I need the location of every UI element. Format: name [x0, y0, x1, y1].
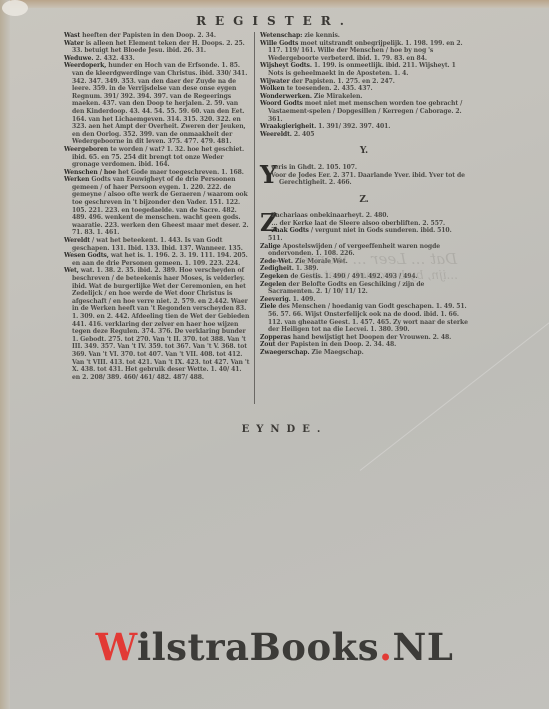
register-entry: Voor de Jodes Eer. 2. 371. Daarlande Yve…: [260, 172, 468, 187]
entry-headword: Wonderwerken.: [260, 93, 312, 100]
entry-headword: Weereldt.: [260, 131, 292, 138]
entry-references: Zie Mirakelen.: [314, 93, 362, 100]
z-entries: Zachariaas onbekinaarheyt. 2. 480. ... d…: [260, 212, 468, 356]
entry-headword: Wolken: [260, 85, 285, 92]
entry-references: der Papisten in den Doop. 2. 34. 48.: [277, 341, 396, 348]
page-header: REGISTER.: [0, 14, 549, 28]
entry-references: 2. 405: [294, 131, 315, 138]
register-entry: ... der Kerke laat de Sleere alsoo oberb…: [260, 220, 468, 228]
register-entry: Wast heeften der Papisten in den Doop. 2…: [64, 32, 250, 40]
right-column: Wetenschap: zie kennis.Wille Godts moet …: [260, 32, 468, 357]
entry-headword: Wraakgierigheit.: [260, 123, 316, 130]
left-column: Wast heeften der Papisten in den Doop. 2…: [64, 32, 250, 381]
page-footer-eynde: EYNDE.: [0, 424, 549, 435]
register-entry: Wolken te toesenden. 2. 435. 437.: [260, 85, 468, 93]
entry-headword: Weduwe.: [64, 55, 93, 62]
bleed-through-text: ...ijn, by berouwt, met de ...: [290, 268, 458, 282]
register-entry: veris in Ghdt. 2. 105. 107.: [260, 164, 468, 172]
register-columns: Wast heeften der Papisten in den Doop. 2…: [64, 32, 468, 408]
watermark-name: ilstraBooks: [137, 625, 379, 669]
watermark-logo: WilstraBooks.NL: [0, 625, 549, 669]
register-entry: Zopperas hand bewijstigt het Doopen der …: [260, 334, 468, 342]
register-entry: Wille Godts moet uitstrandt onbegrijpeli…: [260, 40, 468, 63]
register-entry: Water is alleen het Element teken der H.…: [64, 40, 250, 55]
register-entry: Woord Godts moet niet met menschen worde…: [260, 100, 468, 123]
register-entry: Wonderwerken. Zie Mirakelen.: [260, 93, 468, 101]
entry-headword: Zegelen: [260, 281, 286, 288]
entry-references: Voor de Jodes Eer. 2. 371. Daarlande Yve…: [271, 172, 465, 187]
register-entry: Weereldt. 2. 405: [260, 131, 468, 139]
entry-headword: Wijwater: [260, 78, 290, 85]
register-entry: Werken Godts van Eeuwigheyt of de drie P…: [64, 176, 250, 237]
entry-headword: Wille Godts: [260, 40, 298, 47]
section-z: Z Zachariaas onbekinaarheyt. 2. 480. ...…: [260, 212, 468, 356]
entry-headword: Wenschen / hoe: [64, 169, 116, 176]
entry-headword: Wereldt: [64, 237, 90, 244]
entry-references: 2. 432. 433.: [96, 55, 135, 62]
entry-headword: Weergeboren: [64, 146, 108, 153]
entry-references: der Belofte Godts en Geschiking / zijn d…: [268, 281, 424, 296]
entry-headword: Wetenschap:: [260, 32, 302, 39]
page-top-edge: [0, 0, 549, 8]
register-entry: Wetenschap: zie kennis.: [260, 32, 468, 40]
watermark-initial: W: [96, 625, 137, 669]
register-entry: Wijwater der Papisten. 1. 275. en 2. 247…: [260, 78, 468, 86]
entry-headword: Wijsheyt Godts.: [260, 62, 312, 69]
entry-references: het Gode maer toegeschreven. 1. 168.: [118, 169, 244, 176]
entry-references: Zie Maegschap.: [312, 349, 364, 356]
register-entry: Wraakgierigheit. 1. 391/ 392. 397. 401.: [260, 123, 468, 131]
page-left-edge: [0, 0, 10, 709]
register-entry: Wijsheyt Godts. 1. 199. is onmeetlijk. i…: [260, 62, 468, 77]
entry-references: wat. 1. 38. 2. 35. ibid. 2. 389. Hoe ver…: [72, 267, 249, 380]
register-entry: Zachariaas onbekinaarheyt. 2. 480.: [260, 212, 468, 220]
entry-references: heeften der Papisten in den Doop. 2. 34.: [82, 32, 216, 39]
entry-references: 1. 409.: [293, 296, 316, 303]
entry-headword: Wesen Godts,: [64, 252, 109, 259]
w-entries: Wetenschap: zie kennis.Wille Godts moet …: [260, 32, 468, 138]
entry-headword: Zwaegerschap.: [260, 349, 309, 356]
watermark-dot: .: [379, 625, 392, 669]
register-entry: Zeeverig. 1. 409.: [260, 296, 468, 304]
entry-references: moet uitstrandt onbegrijpelijk. 1. 198. …: [268, 40, 463, 62]
entry-references: ... der Kerke laat de Sleere alsoo oberb…: [271, 220, 445, 227]
entry-headword: Water: [64, 40, 84, 47]
register-entry: Weerdoperk, hunder en Hoch van de Erfson…: [64, 62, 250, 146]
register-entry: Wet, wat. 1. 38. 2. 35. ibid. 2. 389. Ho…: [64, 267, 250, 381]
entry-headword: Zede-Wet.: [260, 258, 293, 265]
entry-headword: Zeeverig.: [260, 296, 291, 303]
entry-headword: Weerdoperk,: [64, 62, 106, 69]
entry-references: te toesenden. 2. 435. 437.: [287, 85, 373, 92]
entry-headword: Zegeken: [260, 273, 288, 280]
register-entry: Zegelen der Belofte Godts en Geschiking …: [260, 281, 468, 296]
entry-references: des Menschen / hoedanig van Godt geschap…: [268, 303, 468, 333]
entry-references: is alleen het Element teken der H. Doops…: [72, 40, 245, 55]
entry-references: Godts van Eeuwigheyt of de drie Persoone…: [72, 176, 248, 236]
entry-headword: Woord Godts: [260, 100, 303, 107]
entry-headword: Ziele: [260, 303, 276, 310]
entry-references: hand bewijstigt het Doopen der Vrouwen. …: [293, 334, 451, 341]
register-entry: Weduwe. 2. 432. 433.: [64, 55, 250, 63]
register-entry: Zaak Godts / vergunt niet in Gods sunder…: [260, 227, 468, 242]
register-entry: Wereldt / wat het beteekent. 1. 443. Is …: [64, 237, 250, 252]
register-entry: Wesen Godts, wat het is. 1. 196. 2. 3. 1…: [64, 252, 250, 267]
register-entry: Zout der Papisten in den Doop. 2. 34. 48…: [260, 341, 468, 349]
entry-references: hunder en Hoch van de Erfsonde. 1. 85. v…: [72, 62, 247, 145]
entry-headword: Zout: [260, 341, 275, 348]
entry-references: veris in Ghdt. 2. 105. 107.: [271, 164, 357, 171]
register-entry: Weergeboren te worden / wat? 1. 32. hoe …: [64, 146, 250, 169]
entry-headword: Zaak Godts: [271, 227, 308, 234]
entry-references: der Papisten. 1. 275. en 2. 247.: [292, 78, 395, 85]
section-letter-z: Z.: [260, 197, 468, 205]
entry-headword: Wast: [64, 32, 80, 39]
entry-headword: Wet,: [64, 267, 79, 274]
y-entries: veris in Ghdt. 2. 105. 107. Voor de Jode…: [260, 164, 468, 187]
section-letter-y: Y.: [260, 148, 468, 156]
entry-references: 1. 391/ 392. 397. 401.: [318, 123, 390, 130]
bleed-through-text: Dat ... Leer ... worde: [300, 250, 457, 268]
entry-headword: Zalige: [260, 243, 281, 250]
entry-headword: Werken: [64, 176, 89, 183]
entry-references: / wat het beteekent. 1. 443. Is van Godt…: [72, 237, 243, 252]
register-entry: Ziele des Menschen / hoedanig van Godt g…: [260, 303, 468, 333]
register-entry: Zwaegerschap. Zie Maegschap.: [260, 349, 468, 357]
entry-headword: Zedigheit.: [260, 265, 294, 272]
entry-references: Zachariaas onbekinaarheyt. 2. 480.: [271, 212, 388, 219]
watermark-suffix: NL: [393, 625, 454, 669]
register-entry: Wenschen / hoe het Gode maer toegeschrev…: [64, 169, 250, 177]
entry-references: zie kennis.: [304, 32, 340, 39]
entry-headword: Zopperas: [260, 334, 291, 341]
section-y: Y veris in Ghdt. 2. 105. 107. Voor de Jo…: [260, 164, 468, 187]
column-divider: [254, 32, 255, 404]
